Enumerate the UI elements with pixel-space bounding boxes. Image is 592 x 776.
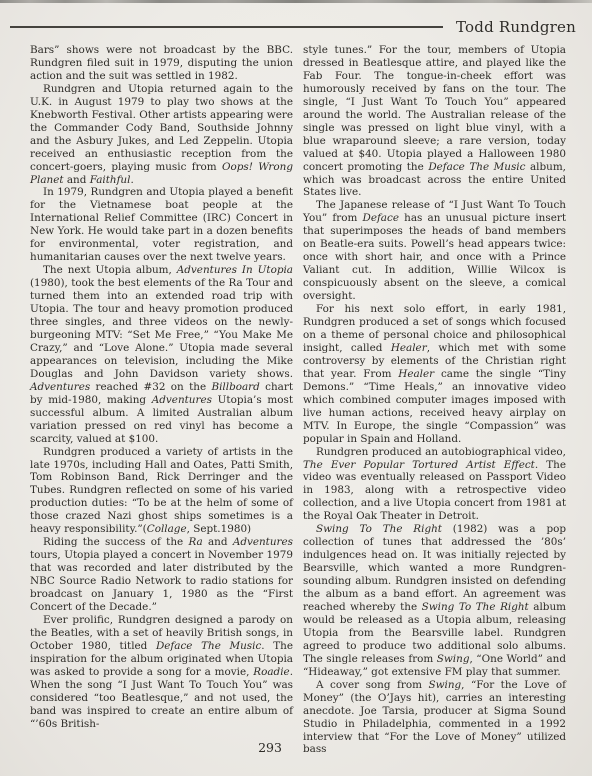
body-text: (1980), took the best elements of the Ra… xyxy=(30,277,293,380)
body-text: and xyxy=(203,536,233,548)
italic-text: Billboard xyxy=(211,381,259,393)
paragraph: The Japanese release of “I Just Want To … xyxy=(303,199,566,303)
paragraph: Rundgren and Utopia returned again to th… xyxy=(30,83,293,187)
italic-text: Deface The Music xyxy=(428,161,525,173)
italic-text: Swing xyxy=(437,653,470,665)
scan-artifact-top-edge xyxy=(0,0,592,3)
italic-text: Healer xyxy=(391,342,427,354)
paragraph: Bars” shows were not broadcast by the BB… xyxy=(30,44,293,83)
body-text: Riding the success of the xyxy=(43,536,188,548)
page-number: 293 xyxy=(258,740,282,755)
body-text: and xyxy=(64,174,90,186)
body-text: Bars” shows were not broadcast by the BB… xyxy=(30,44,293,82)
italic-text: Adventures xyxy=(152,394,212,406)
italic-text: Collage xyxy=(147,523,187,535)
italic-text: Ra xyxy=(188,536,202,548)
paragraph: For his next solo effort, in early 1981,… xyxy=(303,303,566,445)
italic-text: Adventures xyxy=(233,536,293,548)
text-columns: Bars” shows were not broadcast by the BB… xyxy=(0,36,592,756)
italic-text: Roadie xyxy=(253,666,289,678)
body-text: Rundgren produced a variety of artists i… xyxy=(30,446,293,536)
paragraph: In 1979, Rundgren and Utopia played a be… xyxy=(30,186,293,264)
body-text: Rundgren produced an autobiographical vi… xyxy=(316,446,566,458)
italic-text: Deface xyxy=(362,212,399,224)
body-text: In 1979, Rundgren and Utopia played a be… xyxy=(30,186,293,263)
paragraph: Rundgren produced an autobiographical vi… xyxy=(303,446,566,524)
italic-text: Faithful xyxy=(90,174,131,186)
body-text: reached #32 on the xyxy=(90,381,211,393)
paragraph: Rundgren produced a variety of artists i… xyxy=(30,446,293,537)
body-text: (1982) was a pop collection of tunes tha… xyxy=(303,523,566,613)
body-text: . xyxy=(130,174,133,186)
italic-text: Deface The Music xyxy=(156,640,261,652)
italic-text: Adventures In Utopia xyxy=(177,264,293,276)
italic-text: The Ever Popular Tortured Artist Effect xyxy=(303,459,535,471)
book-page: Todd Rundgren Bars” shows were not broad… xyxy=(0,0,592,776)
paragraph: Riding the success of the Ra and Adventu… xyxy=(30,536,293,614)
body-text: style tunes.” For the tour, members of U… xyxy=(303,44,566,173)
paragraph: Ever prolific, Rundgren designed a parod… xyxy=(30,614,293,731)
page-header: Todd Rundgren xyxy=(0,0,592,36)
italic-text: Adventures xyxy=(30,381,90,393)
left-column: Bars” shows were not broadcast by the BB… xyxy=(30,44,293,756)
header-rule xyxy=(10,26,443,28)
paragraph: style tunes.” For the tour, members of U… xyxy=(303,44,566,199)
page-footer: 293 xyxy=(0,740,566,755)
paragraph: Swing To The Right (1982) was a pop coll… xyxy=(303,523,566,678)
right-column: style tunes.” For the tour, members of U… xyxy=(303,44,566,756)
body-text: , Sept.1980) xyxy=(187,523,252,535)
body-text: The next Utopia album, xyxy=(43,264,177,276)
body-text: has an unusual picture insert that super… xyxy=(303,212,566,302)
italic-text: Healer xyxy=(398,368,434,380)
body-text: A cover song from xyxy=(316,679,428,691)
italic-text: Swing To The Right xyxy=(422,601,529,613)
running-head: Todd Rundgren xyxy=(456,18,576,36)
italic-text: Swing To The Right xyxy=(316,523,442,535)
italic-text: Swing xyxy=(428,679,461,691)
paragraph: The next Utopia album, Adventures In Uto… xyxy=(30,264,293,445)
body-text: Rundgren and Utopia returned again to th… xyxy=(30,83,293,173)
body-text: tours, Utopia played a concert in Novemb… xyxy=(30,549,293,613)
